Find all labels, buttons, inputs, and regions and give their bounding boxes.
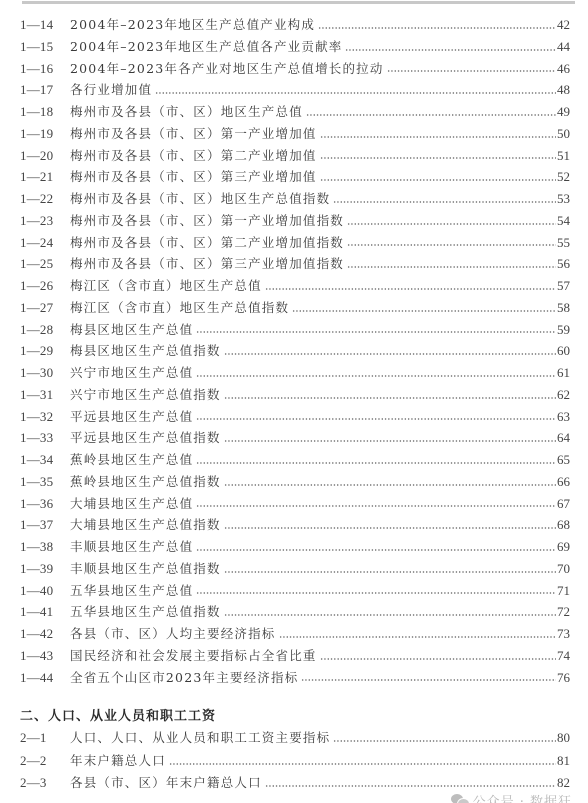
- toc-entry-title: 梅州市及各县（市、区）第二产业增加值指数: [70, 232, 344, 254]
- toc-entry-title-wrap: 2004年–2023年各产业对地区生产总值增长的拉动: [70, 58, 562, 80]
- toc-entry-title-wrap: 蕉岭县地区生产总值: [70, 449, 562, 471]
- toc-entry-number: 1—14: [20, 14, 68, 36]
- toc-entry[interactable]: 1—42各县（市、区）人均主要经济指标73: [0, 623, 588, 645]
- toc-entry-page: 68: [550, 514, 570, 536]
- toc-entry-title-wrap: 2004年–2023年地区生产总值各产业贡献率: [70, 36, 562, 58]
- toc-entry-title: 各县（市、区）人均主要经济指标: [70, 623, 276, 645]
- toc-entry-number: 2—2: [20, 750, 68, 773]
- toc-entry-title-wrap: 丰顺县地区生产总值指数: [70, 558, 562, 580]
- toc-entry-page: 73: [550, 623, 570, 645]
- toc-entry[interactable]: 1—36大埔县地区生产总值67: [0, 493, 588, 515]
- toc-entry[interactable]: 1—38丰顺县地区生产总值69: [0, 536, 588, 558]
- toc-entry-number: 1—29: [20, 340, 68, 362]
- toc-entry-number: 1—44: [20, 667, 68, 689]
- toc-entry-title: 梅州市及各县（市、区）地区生产总值: [70, 101, 303, 123]
- toc-entry-title: 梅江区（含市直）地区生产总值指数: [70, 297, 289, 319]
- toc-entry[interactable]: 1—34蕉岭县地区生产总值65: [0, 449, 588, 471]
- toc-entry[interactable]: 1—142004年–2023年地区生产总值产业构成42: [0, 14, 588, 36]
- toc-entry-title-wrap: 梅州市及各县（市、区）第二产业增加值: [70, 145, 562, 167]
- dot-leader: [196, 505, 556, 507]
- toc-entry[interactable]: 1—35蕉岭县地区生产总值指数66: [0, 471, 588, 493]
- toc-entry-title-wrap: 梅县区地区生产总值: [70, 319, 562, 341]
- dot-leader: [224, 397, 556, 399]
- toc-entry-number: 1—20: [20, 145, 68, 167]
- toc-entry[interactable]: 1—41五华县地区生产总值指数72: [0, 601, 588, 623]
- dot-leader: [301, 679, 556, 681]
- toc-entry-page: 71: [550, 580, 570, 602]
- toc-entry-page: 49: [550, 101, 570, 123]
- dot-leader: [224, 484, 556, 486]
- toc-entry-title: 平远县地区生产总值指数: [70, 427, 221, 449]
- toc-entry-page: 70: [550, 558, 570, 580]
- toc-entry-title: 梅州市及各县（市、区）第一产业增加值指数: [70, 210, 344, 232]
- toc-entry-number: 1—36: [20, 493, 68, 515]
- toc-entry-title: 五华县地区生产总值: [70, 580, 193, 602]
- toc-entry-title-wrap: 梅州市及各县（市、区）第二产业增加值指数: [70, 232, 562, 254]
- toc-entry-title: 国民经济和社会发展主要指标占全省比重: [70, 645, 317, 667]
- dot-leader: [345, 49, 556, 51]
- toc-entry-number: 1—35: [20, 471, 68, 493]
- toc-entry-title-wrap: 大埔县地区生产总值: [70, 493, 562, 515]
- toc-entry-page: 60: [550, 340, 570, 362]
- toc-entry[interactable]: 1—39丰顺县地区生产总值指数70: [0, 558, 588, 580]
- dot-leader: [155, 92, 556, 94]
- dot-leader: [196, 331, 556, 333]
- toc-entry-title: 人口、人口、从业人员和职工工资主要指标: [70, 727, 330, 750]
- toc-entry[interactable]: 1—32平远县地区生产总值63: [0, 406, 588, 428]
- dot-leader: [169, 763, 556, 765]
- toc-entry-number: 1—38: [20, 536, 68, 558]
- toc-entry[interactable]: 2—2年末户籍总人口81: [0, 750, 588, 773]
- toc-entry[interactable]: 1—37大埔县地区生产总值指数68: [0, 514, 588, 536]
- dot-leader: [196, 592, 556, 594]
- toc-entry[interactable]: 1—17各行业增加值48: [0, 79, 588, 101]
- dot-leader: [292, 310, 556, 312]
- dot-leader: [224, 527, 556, 529]
- toc-entry[interactable]: 1—19梅州市及各县（市、区）第一产业增加值50: [0, 123, 588, 145]
- toc-entry-page: 42: [550, 14, 570, 36]
- toc-entry-number: 1—26: [20, 275, 68, 297]
- toc-entry-title: 蕉岭县地区生产总值: [70, 449, 193, 471]
- toc-entry-number: 1—16: [20, 58, 68, 80]
- toc-entry-page: 48: [550, 79, 570, 101]
- toc-entry-title: 大埔县地区生产总值指数: [70, 514, 221, 536]
- toc-entry-page: 54: [550, 210, 570, 232]
- toc-entry-title: 梅江区（含市直）地区生产总值: [70, 275, 262, 297]
- dot-leader: [196, 549, 556, 551]
- toc-entry[interactable]: 1—28梅县区地区生产总值59: [0, 319, 588, 341]
- toc-entry-page: 67: [550, 493, 570, 515]
- toc-entry-title: 兴宁市地区生产总值: [70, 362, 193, 384]
- toc-entry-title: 兴宁市地区生产总值指数: [70, 384, 221, 406]
- toc-entry-title-wrap: 各行业增加值: [70, 79, 562, 101]
- toc-entry-title: 梅县区地区生产总值指数: [70, 340, 221, 362]
- toc-entry[interactable]: 1—25梅州市及各县（市、区）第三产业增加值指数56: [0, 253, 588, 275]
- dot-leader: [196, 375, 556, 377]
- toc-entry[interactable]: 1—26梅江区（含市直）地区生产总值57: [0, 275, 588, 297]
- watermark-text: 公众号 · 数据狂: [473, 791, 572, 803]
- dot-leader: [265, 288, 556, 290]
- toc-entry-title-wrap: 兴宁市地区生产总值指数: [70, 384, 562, 406]
- toc-entry[interactable]: 1—20梅州市及各县（市、区）第二产业增加值51: [0, 145, 588, 167]
- dot-leader: [306, 114, 556, 116]
- dot-leader: [318, 27, 556, 29]
- toc-entry-number: 1—34: [20, 449, 68, 471]
- toc-entry-page: 62: [550, 384, 570, 406]
- toc-entry-title: 各县（市、区）年末户籍总人口: [70, 772, 262, 795]
- toc-entry-number: 1—42: [20, 623, 68, 645]
- toc-entry-page: 72: [550, 601, 570, 623]
- toc-entry-page: 63: [550, 406, 570, 428]
- toc-entry-title: 全省五个山区市2023年主要经济指标: [70, 667, 298, 689]
- toc-entry-page: 76: [550, 667, 570, 689]
- toc-entry-page: 44: [550, 36, 570, 58]
- dot-leader: [224, 614, 556, 616]
- toc-section-1: 1—142004年–2023年地区生产总值产业构成421—152004年–202…: [0, 14, 588, 688]
- top-rule: [22, 1, 575, 4]
- toc-entry-page: 81: [550, 750, 570, 773]
- toc-entry-number: 1—41: [20, 601, 68, 623]
- toc-entry-title-wrap: 五华县地区生产总值: [70, 580, 562, 602]
- toc-entry-number: 1—27: [20, 297, 68, 319]
- toc-entry-title: 年末户籍总人口: [70, 750, 166, 773]
- toc-entry-number: 1—32: [20, 406, 68, 428]
- toc-entry-title-wrap: 梅州市及各县（市、区）地区生产总值: [70, 101, 562, 123]
- toc-entry[interactable]: 1—162004年–2023年各产业对地区生产总值增长的拉动46: [0, 58, 588, 80]
- toc-entry-number: 1—31: [20, 384, 68, 406]
- toc-entry-title: 大埔县地区生产总值: [70, 493, 193, 515]
- toc-entry[interactable]: 1—23梅州市及各县（市、区）第一产业增加值指数54: [0, 210, 588, 232]
- dot-leader: [224, 571, 556, 573]
- toc-entry-number: 2—1: [20, 727, 68, 750]
- toc-entry-page: 55: [550, 232, 570, 254]
- dot-leader: [347, 244, 556, 246]
- toc-entry-page: 56: [550, 253, 570, 275]
- toc-entry-number: 1—40: [20, 580, 68, 602]
- toc-entry[interactable]: 1—152004年–2023年地区生产总值各产业贡献率44: [0, 36, 588, 58]
- toc-entry[interactable]: 1—31兴宁市地区生产总值指数62: [0, 384, 588, 406]
- toc-entry-number: 1—37: [20, 514, 68, 536]
- toc-entry-page: 58: [550, 297, 570, 319]
- dot-leader: [279, 636, 556, 638]
- toc-entry-title-wrap: 年末户籍总人口: [70, 750, 562, 773]
- dot-leader: [265, 785, 556, 787]
- toc-entry-page: 50: [550, 123, 570, 145]
- dot-leader: [224, 353, 556, 355]
- toc-entry-title-wrap: 梅江区（含市直）地区生产总值指数: [70, 297, 562, 319]
- toc-entry-page: 53: [550, 188, 570, 210]
- toc-entry-title: 梅县区地区生产总值: [70, 319, 193, 341]
- toc-entry-title-wrap: 平远县地区生产总值: [70, 406, 562, 428]
- dot-leader: [196, 418, 556, 420]
- toc-entry-title-wrap: 蕉岭县地区生产总值指数: [70, 471, 562, 493]
- section-heading: 二、人口、从业人员和职工工资: [20, 705, 216, 724]
- toc-entry-title: 梅州市及各县（市、区）第一产业增加值: [70, 123, 317, 145]
- toc-entry-title-wrap: 梅州市及各县（市、区）第三产业增加值指数: [70, 253, 562, 275]
- watermark: 公众号 · 数据狂: [451, 791, 572, 803]
- toc-entry-page: 74: [550, 645, 570, 667]
- toc-entry-page: 59: [550, 319, 570, 341]
- toc-entry[interactable]: 1—18梅州市及各县（市、区）地区生产总值49: [0, 101, 588, 123]
- dot-leader: [333, 201, 556, 203]
- toc-entry-title: 2004年–2023年各产业对地区生产总值增长的拉动: [70, 58, 384, 80]
- toc-entry[interactable]: 1—43国民经济和社会发展主要指标占全省比重74: [0, 645, 588, 667]
- toc-entry-title-wrap: 平远县地区生产总值指数: [70, 427, 562, 449]
- toc-entry-title-wrap: 各县（市、区）人均主要经济指标: [70, 623, 562, 645]
- toc-entry-number: 1—28: [20, 319, 68, 341]
- toc-entry-number: 1—17: [20, 79, 68, 101]
- toc-entry-number: 1—24: [20, 232, 68, 254]
- toc-entry-title: 五华县地区生产总值指数: [70, 601, 221, 623]
- toc-entry-page: 66: [550, 471, 570, 493]
- toc-entry-title: 平远县地区生产总值: [70, 406, 193, 428]
- toc-entry-title: 蕉岭县地区生产总值指数: [70, 471, 221, 493]
- toc-entry-page: 51: [550, 145, 570, 167]
- toc-entry[interactable]: 1—24梅州市及各县（市、区）第二产业增加值指数55: [0, 232, 588, 254]
- toc-entry-page: 65: [550, 449, 570, 471]
- toc-entry-page: 69: [550, 536, 570, 558]
- dot-leader: [196, 462, 556, 464]
- dot-leader: [224, 440, 556, 442]
- dot-leader: [320, 179, 556, 181]
- toc-entry[interactable]: 1—21梅州市及各县（市、区）第三产业增加值52: [0, 166, 588, 188]
- toc-entry-page: 46: [550, 58, 570, 80]
- dot-leader: [347, 266, 556, 268]
- toc-entry[interactable]: 1—44全省五个山区市2023年主要经济指标76: [0, 667, 588, 689]
- toc-entry-title-wrap: 全省五个山区市2023年主要经济指标: [70, 667, 562, 689]
- toc-entry-number: 1—15: [20, 36, 68, 58]
- toc-entry-title-wrap: 人口、人口、从业人员和职工工资主要指标: [70, 727, 562, 750]
- toc-entry-page: 80: [550, 727, 570, 750]
- toc-entry-number: 1—43: [20, 645, 68, 667]
- toc-entry-number: 1—18: [20, 101, 68, 123]
- toc-entry-page: 52: [550, 166, 570, 188]
- toc-entry[interactable]: 2—1人口、人口、从业人员和职工工资主要指标80: [0, 727, 588, 750]
- toc-entry-title-wrap: 兴宁市地区生产总值: [70, 362, 562, 384]
- toc-entry-title-wrap: 国民经济和社会发展主要指标占全省比重: [70, 645, 562, 667]
- toc-entry-number: 1—21: [20, 166, 68, 188]
- toc-entry-title-wrap: 梅州市及各县（市、区）地区生产总值指数: [70, 188, 562, 210]
- toc-entry-number: 1—30: [20, 362, 68, 384]
- toc-entry-title: 梅州市及各县（市、区）地区生产总值指数: [70, 188, 330, 210]
- dot-leader: [347, 223, 556, 225]
- toc-entry-number: 1—33: [20, 427, 68, 449]
- toc-entry-title-wrap: 2004年–2023年地区生产总值产业构成: [70, 14, 562, 36]
- toc-entry-title-wrap: 梅州市及各县（市、区）第三产业增加值: [70, 166, 562, 188]
- toc-entry[interactable]: 1—29梅县区地区生产总值指数60: [0, 340, 588, 362]
- toc-entry-title: 丰顺县地区生产总值指数: [70, 558, 221, 580]
- dot-leader: [320, 157, 556, 159]
- toc-entry-number: 2—3: [20, 772, 68, 795]
- toc-entry-page: 61: [550, 362, 570, 384]
- toc-section-2: 2—1人口、人口、从业人员和职工工资主要指标802—2年末户籍总人口812—3各…: [0, 727, 588, 795]
- dot-leader: [333, 740, 556, 742]
- toc-entry-title-wrap: 梅江区（含市直）地区生产总值: [70, 275, 562, 297]
- toc-entry-title: 梅州市及各县（市、区）第三产业增加值指数: [70, 253, 344, 275]
- toc-entry[interactable]: 1—30兴宁市地区生产总值61: [0, 362, 588, 384]
- toc-entry-title-wrap: 五华县地区生产总值指数: [70, 601, 562, 623]
- dot-leader: [387, 70, 556, 72]
- toc-entry-title-wrap: 梅州市及各县（市、区）第一产业增加值指数: [70, 210, 562, 232]
- toc-entry-title-wrap: 梅县区地区生产总值指数: [70, 340, 562, 362]
- toc-entry[interactable]: 1—40五华县地区生产总值71: [0, 580, 588, 602]
- toc-entry-title-wrap: 梅州市及各县（市、区）第一产业增加值: [70, 123, 562, 145]
- toc-entry-number: 1—23: [20, 210, 68, 232]
- toc-entry-title: 梅州市及各县（市、区）第三产业增加值: [70, 166, 317, 188]
- toc-entry-number: 1—39: [20, 558, 68, 580]
- toc-entry[interactable]: 1—22梅州市及各县（市、区）地区生产总值指数53: [0, 188, 588, 210]
- toc-entry-number: 1—19: [20, 123, 68, 145]
- toc-entry-title: 丰顺县地区生产总值: [70, 536, 193, 558]
- toc-entry-title-wrap: 大埔县地区生产总值指数: [70, 514, 562, 536]
- wechat-icon: [451, 794, 469, 803]
- toc-entry-title-wrap: 丰顺县地区生产总值: [70, 536, 562, 558]
- toc-entry-page: 57: [550, 275, 570, 297]
- toc-entry[interactable]: 1—33平远县地区生产总值指数64: [0, 427, 588, 449]
- toc-entry-title: 2004年–2023年地区生产总值产业构成: [70, 14, 315, 36]
- toc-entry-page: 64: [550, 427, 570, 449]
- toc-entry-number: 1—25: [20, 253, 68, 275]
- toc-entry[interactable]: 1—27梅江区（含市直）地区生产总值指数58: [0, 297, 588, 319]
- dot-leader: [320, 658, 556, 660]
- toc-entry-title: 梅州市及各县（市、区）第二产业增加值: [70, 145, 317, 167]
- toc-entry-title: 2004年–2023年地区生产总值各产业贡献率: [70, 36, 342, 58]
- dot-leader: [320, 136, 556, 138]
- toc-entry-number: 1—22: [20, 188, 68, 210]
- toc-entry-title: 各行业增加值: [70, 79, 152, 101]
